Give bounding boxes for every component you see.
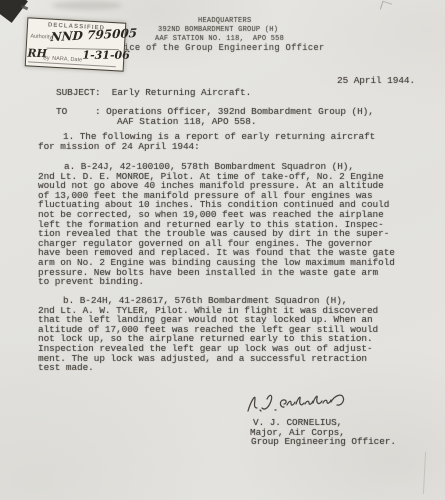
pencil-tick-mark (380, 1, 392, 13)
stamp-date-handwriting: 1-31-06 (82, 49, 129, 62)
letterhead-line-4: Office of the Group Engineering Officer (107, 43, 325, 53)
scan-smudge (52, 1, 122, 10)
scan-corner-dash (21, 5, 29, 11)
scanned-memo-page: DECLASSIFIED Authority NND 795005 RH By … (0, 0, 445, 500)
subject-line: SUBJECT: Early Returning Aircraft. (56, 88, 251, 98)
stamp-by-label: By (43, 55, 50, 61)
paper-crease-line (423, 452, 426, 494)
scan-corner-mark (0, 0, 28, 23)
stamp-authority-label: Authority (30, 33, 52, 40)
declassified-stamp: DECLASSIFIED Authority NND 795005 RH By … (25, 17, 127, 71)
stamp-authority-handwriting: NND 795005 (50, 26, 137, 44)
date-line: 25 April 1944. (337, 76, 415, 86)
para-a-line: to prevent binding. (38, 277, 144, 287)
para-b-line: test made. (38, 363, 94, 373)
signature-title: Group Engineering Officer. (251, 437, 396, 447)
to-line-2: AAF Station 118, APO 558. (117, 117, 256, 127)
intro-line: for mission of 24 April 1944: (38, 142, 200, 152)
handwritten-signature (242, 389, 350, 419)
